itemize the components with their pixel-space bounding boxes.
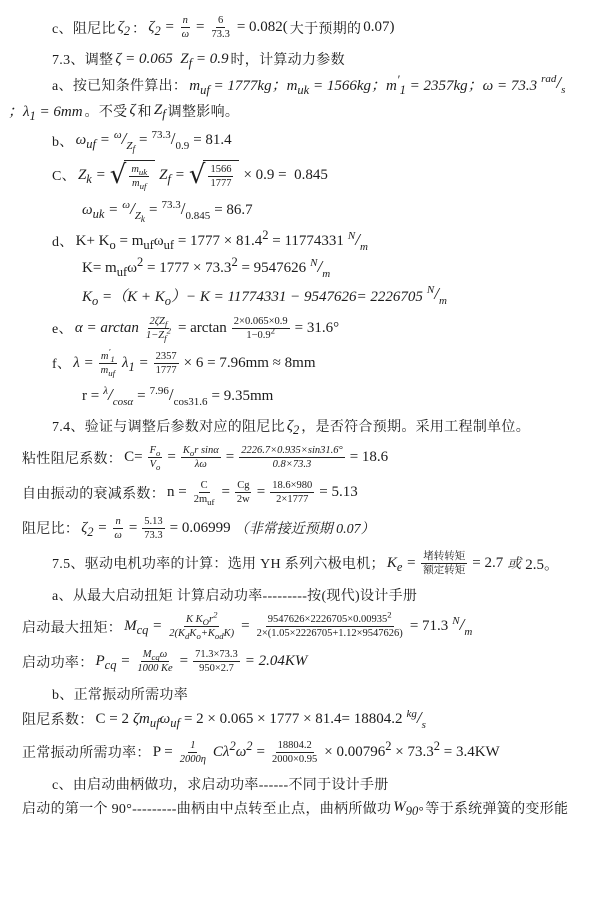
fraction-denominator: 2(KdKo+KodK) <box>167 627 236 640</box>
fraction: 18804.22000×0.95 <box>270 739 319 766</box>
fraction-numerator: 2357 <box>154 350 179 364</box>
slash-fraction-denominator: s <box>422 719 426 731</box>
text-run: 启动功率： <box>22 652 94 672</box>
text-run: 正常振动所需功率： <box>22 742 151 762</box>
fraction-denominator: muf <box>130 177 148 190</box>
text-run: 大于预期的 <box>290 18 362 38</box>
math-run: = 31.6° <box>295 320 339 337</box>
italic-note: 或 <box>507 553 521 573</box>
text-run: 7.4、验证与调整后参数对应的阻尼比 <box>52 416 285 436</box>
fraction: 堵转转矩额定转矩 <box>421 550 467 577</box>
text-run: 时，计算动力参数 <box>230 49 344 69</box>
doc-line-1: c、阻尼比ζ2：ζ2 =nω=673.3= 0.082(大于预期的0.07) <box>2 14 593 41</box>
slash-fraction-numerator: ω <box>114 129 122 141</box>
math-run: muf = 1777kg；muk = 1566kg；m′1 = 2357kg；ω… <box>189 74 537 95</box>
fraction: 673.3 <box>209 14 231 41</box>
slash-fraction-numerator: N <box>452 615 459 627</box>
slash-fraction-numerator: ω <box>122 199 130 211</box>
fraction: 23571777 <box>154 350 179 377</box>
doc-line-4: ；λ1 = 6mm。不受ζ和Zf调整影响。 <box>2 100 593 121</box>
math-run: Zf <box>154 102 166 119</box>
math-run: Zk = <box>78 167 106 184</box>
sqrt-body: 15661777 <box>203 160 239 190</box>
doc-line-14: 7.4、验证与调整后参数对应的阻尼比ζ2，是否符合预期。采用工程制单位。 <box>2 416 593 436</box>
fraction: nω <box>112 515 123 542</box>
fraction-denominator: 2000η <box>178 753 208 766</box>
math-run: 0.07) <box>363 19 394 36</box>
fraction-denominator: 1777 <box>154 364 179 377</box>
math-run: P = <box>153 744 173 761</box>
doc-line-16: 自由振动的衰减系数：n =C2muf=Cg2w=18.6×9802×1777= … <box>2 479 593 506</box>
doc-line-15: 粘性阻尼系数：C=FoVo=Kor sinαλω=2226.7×0.935×si… <box>2 444 593 471</box>
sqrt-expression: √15661777 <box>189 160 240 190</box>
fraction-denominator: 950×2.7 <box>197 662 236 675</box>
doc-line-9: K= mufω2 = 1777 × 73.32 = 9547626N/m <box>2 257 593 280</box>
slash-fraction: ω/Zf <box>114 129 135 152</box>
slash-fraction-denominator: cosα <box>113 396 133 408</box>
doc-line-10: Ko =（K + Ko）− K = 11774331 − 9547626= 22… <box>2 284 593 307</box>
fraction-numerator: n <box>113 515 122 529</box>
fraction-numerator: m′1 <box>99 350 117 364</box>
text-run: 阻尼比： <box>22 518 79 538</box>
text-run: 7.5、驱动电机功率的计算：选用 YH 系列六极电机； <box>52 553 385 573</box>
fraction-denominator: 2×(1.05×2226705+1.12×9547626) <box>255 627 405 640</box>
fraction-denominator: λω <box>193 458 209 471</box>
math-run: Ko =（K + Ko）− K = 11774331 − 9547626= 22… <box>82 285 423 306</box>
doc-line-12: f、λ =m′1mufλ1 =23571777× 6 = 7.96mm ≈ 8m… <box>2 350 593 377</box>
doc-line-6: C、Zk =√mukmufZf =√15661777× 0.9 = 0.845 <box>2 160 593 190</box>
math-run: = <box>257 744 265 761</box>
math-run: K= mufω2 = 1777 × 73.32 = 9547626 <box>82 260 306 277</box>
slash-fraction: ω/Zk <box>122 199 145 222</box>
math-run: = arctan <box>178 320 227 337</box>
fraction: Mcqω1000 Ke <box>135 648 174 675</box>
math-run: = 0.06999 <box>170 520 231 537</box>
text-run: c、阻尼比 <box>52 18 116 38</box>
math-run: Mcq = <box>124 618 162 635</box>
fraction-denominator: 0.8×73.3 <box>271 458 314 471</box>
math-run: ζ2 = <box>81 520 107 537</box>
fraction-denominator: muf <box>99 364 117 377</box>
unit-fraction: kg/s <box>407 708 426 731</box>
text-run: c、由启动曲柄做功，求启动功率------不同于设计手册 <box>52 774 389 794</box>
text-run: 7.3、调整 <box>52 49 113 69</box>
slash-fraction-numerator: rad <box>541 73 556 85</box>
math-run: C= <box>124 449 142 466</box>
sqrt-body: mukmuf <box>124 160 155 190</box>
slash-fraction-numerator: 73.3 <box>161 199 180 211</box>
math-run: W90° <box>393 799 423 816</box>
doc-line-7: ωuk =ω/Zk=73.3/0.845= 86.7 <box>2 199 593 222</box>
text-run: d、 <box>52 231 74 251</box>
fraction: Cg2w <box>235 479 252 506</box>
math-run: = 2 × 0.065 × 1777 × 81.4= 18804.2 <box>184 711 403 728</box>
fraction: 2226.7×0.935×sin31.6°0.8×73.3 <box>239 444 345 471</box>
math-run: = 81.4 <box>193 132 231 149</box>
fraction-denominator: 2000×0.95 <box>270 753 319 766</box>
math-run: = <box>139 132 147 149</box>
math-run: = <box>129 520 137 537</box>
math-run: = <box>137 388 145 405</box>
fraction: C2muf <box>192 479 217 506</box>
doc-line-13: r =λ/cosα=7.96/cos31.6= 9.35mm <box>2 385 593 408</box>
calculation-document: c、阻尼比ζ2：ζ2 =nω=673.3= 0.082(大于预期的0.07)7.… <box>0 0 597 832</box>
fraction-numerator: 9547626×2226705×0.009352 <box>266 613 394 627</box>
fraction-denominator: 1000 Ke <box>135 662 174 675</box>
fraction-numerator: 堵转转矩 <box>421 550 467 564</box>
fraction: Kor sinαλω <box>181 444 221 471</box>
text-run: ，是否符合预期。采用工程制单位。 <box>301 416 530 436</box>
math-run: = <box>226 449 234 466</box>
math-run: = 5.13 <box>319 484 357 501</box>
slash-fraction-numerator: kg <box>407 708 417 720</box>
fraction-numerator: 18804.2 <box>276 739 314 753</box>
fraction-numerator: Mcqω <box>141 648 169 662</box>
slash-fraction-denominator: m <box>439 295 447 307</box>
slash-fraction-denominator: 0.9 <box>175 140 189 152</box>
fraction: 15661777 <box>208 163 233 190</box>
slash-fraction-denominator: m <box>360 241 368 253</box>
math-run: = <box>196 19 204 36</box>
slash-fraction: 73.3/0.9 <box>151 129 189 152</box>
math-run: = 86.7 <box>214 202 252 219</box>
slash-fraction: 7.96/cos31.6 <box>150 385 208 408</box>
fraction: 5.1373.3 <box>142 515 164 542</box>
math-run: r = <box>82 388 99 405</box>
math-run: = 0.082( <box>237 19 288 36</box>
fraction-numerator: Kor sinα <box>181 444 221 458</box>
doc-line-5: b、ωuf =ω/Zf=73.3/0.9= 81.4 <box>2 129 593 152</box>
fraction: 2ζZf1−Zf2 <box>144 315 173 342</box>
math-run: × 6 = 7.96mm ≈ 8mm <box>184 355 316 372</box>
math-run: C = 2 <box>96 711 129 728</box>
doc-line-8: d、K+ Ko = mufωuf = 1777 × 81.42 = 117743… <box>2 230 593 253</box>
math-run: Ke = <box>387 555 416 572</box>
slash-fraction-numerator: N <box>310 257 317 269</box>
text-run: 等于系统弹簧的变形能 <box>425 798 568 818</box>
fraction-numerator: 6 <box>216 14 225 28</box>
slash-fraction-numerator: 7.96 <box>150 385 169 397</box>
text-run: f、 <box>52 353 71 373</box>
math-run: = 9.35mm <box>212 388 274 405</box>
fraction-denominator: 1−0.92 <box>244 329 277 342</box>
math-run: = <box>221 484 229 501</box>
unit-fraction: rad/s <box>541 73 565 96</box>
doc-line-17: 阻尼比：ζ2 =nω=5.1373.3= 0.06999（非常接近预期 0.07… <box>2 515 593 542</box>
fraction: m′1muf <box>99 350 117 377</box>
math-run: ζ2 = <box>148 19 174 36</box>
doc-line-22: b、正常振动所需功率 <box>2 684 593 704</box>
fraction-numerator: n <box>181 14 190 28</box>
fraction-numerator: muk <box>129 163 149 177</box>
fraction-numerator: 2226.7×0.935×sin31.6° <box>239 444 345 458</box>
math-run: λ = <box>73 355 93 372</box>
fraction: 71.3×73.3950×2.7 <box>193 648 240 675</box>
fraction-numerator: 5.13 <box>142 515 164 529</box>
slash-fraction-denominator: s <box>561 84 565 96</box>
math-run: = <box>167 449 175 466</box>
slash-fraction-denominator: m <box>464 626 472 638</box>
math-run: ζ2 <box>287 418 299 435</box>
math-run: × 0.007962 × 73.32 = 3.4KW <box>324 744 499 761</box>
math-run: = 2.7 <box>472 555 503 572</box>
slash-fraction-denominator: m <box>322 268 330 280</box>
math-run: Pcq = <box>96 653 131 670</box>
text-run: 调整影响。 <box>168 101 240 121</box>
fraction-denominator: 2muf <box>192 493 217 506</box>
math-run: = 2.04KW <box>245 653 308 670</box>
slash-fraction-denominator: cos31.6 <box>174 396 208 408</box>
math-run: ωuf = <box>76 132 110 149</box>
text-run: C、 <box>52 165 76 185</box>
fraction-numerator: C <box>199 479 210 493</box>
fraction-denominator: 73.3 <box>209 28 231 41</box>
math-run: × 0.9 = 0.845 <box>243 167 327 184</box>
text-run: e、 <box>52 318 73 338</box>
text-run: a、从最大启动扭矩 计算启动功率---------按(现代)设计手册 <box>52 585 417 605</box>
fraction-numerator: 1566 <box>208 163 233 177</box>
fraction-denominator: 2×1777 <box>274 493 310 506</box>
math-run: ζ = 0.065 Zf = 0.9 <box>115 51 228 68</box>
unit-fraction: N/m <box>310 257 330 280</box>
text-run: 启动最大扭矩： <box>22 617 122 637</box>
math-run: 2.5。 <box>525 553 559 574</box>
doc-line-11: e、α = arctan2ζZf1−Zf2= arctan2×0.065×0.9… <box>2 315 593 342</box>
text-run: 启动的第一个 90°---------曲柄由中点转至止点，曲柄所做功 <box>22 798 391 818</box>
doc-line-26: 启动的第一个 90°---------曲柄由中点转至止点，曲柄所做功W90°等于… <box>2 798 593 818</box>
fraction-denominator: 1777 <box>208 177 233 190</box>
fraction-denominator: 额定转矩 <box>421 564 467 577</box>
math-run: ζ2 <box>118 19 130 36</box>
doc-line-3: a、按已知条件算出：muf = 1777kg；muk = 1566kg；m′1 … <box>2 73 593 96</box>
math-run: = <box>149 202 157 219</box>
fraction-numerator: 1 <box>188 739 197 753</box>
math-run: λ1 = <box>122 355 149 372</box>
slash-fraction: 73.3/0.845 <box>161 199 210 222</box>
fraction-denominator: ω <box>180 28 191 41</box>
fraction: nω <box>180 14 191 41</box>
slash-fraction: λ/cosα <box>103 385 133 408</box>
fraction-denominator: ω <box>112 529 123 542</box>
text-run: a、按已知条件算出： <box>52 75 187 95</box>
math-run: K+ Ko = mufωuf = 1777 × 81.42 = 11774331 <box>76 233 344 250</box>
math-run: = <box>241 618 249 635</box>
fraction: FoVo <box>148 444 163 471</box>
text-run: b、正常振动所需功率 <box>52 684 188 704</box>
math-run: ；λ1 = 6mm <box>8 100 83 121</box>
math-run: = <box>180 653 188 670</box>
doc-line-24: 正常振动所需功率：P =12000ηCλ2ω2=18804.22000×0.95… <box>2 739 593 766</box>
fraction: 2×0.065×0.91−0.92 <box>232 315 290 342</box>
italic-note: （非常接近预期 0.07） <box>235 518 375 538</box>
math-run: Cλ2ω2 <box>213 744 253 761</box>
math-run: ζmufωuf <box>133 711 180 728</box>
unit-fraction: N/m <box>452 615 472 638</box>
slash-fraction-denominator: 0.845 <box>185 210 210 222</box>
math-run: = <box>257 484 265 501</box>
unit-fraction: N/m <box>348 230 368 253</box>
doc-line-23: 阻尼系数：C = 2ζmufωuf= 2 × 0.065 × 1777 × 81… <box>2 708 593 731</box>
doc-line-25: c、由启动曲柄做功，求启动功率------不同于设计手册 <box>2 774 593 794</box>
math-run: Zf = <box>159 167 185 184</box>
math-run: = 71.3 <box>410 618 448 635</box>
doc-line-2: 7.3、调整ζ = 0.065 Zf = 0.9时，计算动力参数 <box>2 49 593 69</box>
fraction-numerator: 71.3×73.3 <box>193 648 240 662</box>
doc-line-19: a、从最大启动扭矩 计算启动功率---------按(现代)设计手册 <box>2 585 593 605</box>
fraction-denominator: Vo <box>148 458 163 471</box>
slash-fraction-denominator: Zk <box>135 210 145 222</box>
text-run: 阻尼系数： <box>22 709 94 729</box>
unit-fraction: N/m <box>427 284 447 307</box>
text-run: 。不受 <box>85 101 128 121</box>
fraction-numerator: 18.6×980 <box>270 479 314 493</box>
fraction-numerator: 2×0.065×0.9 <box>232 315 290 329</box>
fraction: mukmuf <box>129 163 149 190</box>
math-run: ωuk = <box>82 202 118 219</box>
fraction-denominator: 2w <box>235 493 252 506</box>
math-run: α = arctan <box>75 320 139 337</box>
fraction: 12000η <box>178 739 208 766</box>
fraction-denominator: 1−Zf2 <box>144 329 173 342</box>
fraction: 18.6×9802×1777 <box>270 479 314 506</box>
fraction: K KOr22(KdKo+KodK) <box>167 613 236 640</box>
fraction-denominator: 73.3 <box>142 529 164 542</box>
doc-line-20: 启动最大扭矩：Mcq =K KOr22(KdKo+KodK)=9547626×2… <box>2 613 593 640</box>
fraction-numerator: K KOr2 <box>184 613 219 627</box>
sqrt-expression: √mukmuf <box>110 160 155 190</box>
text-run: 和 <box>138 101 152 121</box>
text-run: 粘性阻尼系数： <box>22 448 122 468</box>
fraction-numerator: Fo <box>148 444 163 458</box>
math-run: = 18.6 <box>350 449 388 466</box>
slash-fraction-denominator: Zf <box>126 140 135 152</box>
text-run: ： <box>132 18 146 38</box>
math-run: n = <box>167 484 187 501</box>
math-run: ζ <box>129 102 135 119</box>
slash-fraction-numerator: 73.3 <box>151 129 170 141</box>
fraction-numerator: Cg <box>235 479 251 493</box>
text-run: 自由振动的衰减系数： <box>22 483 165 503</box>
text-run: b、 <box>52 131 74 151</box>
doc-line-21: 启动功率：Pcq =Mcqω1000 Ke=71.3×73.3950×2.7= … <box>2 648 593 675</box>
fraction: 9547626×2226705×0.0093522×(1.05×2226705+… <box>255 613 405 640</box>
doc-line-18: 7.5、驱动电机功率的计算：选用 YH 系列六极电机；Ke =堵转转矩额定转矩=… <box>2 550 593 577</box>
